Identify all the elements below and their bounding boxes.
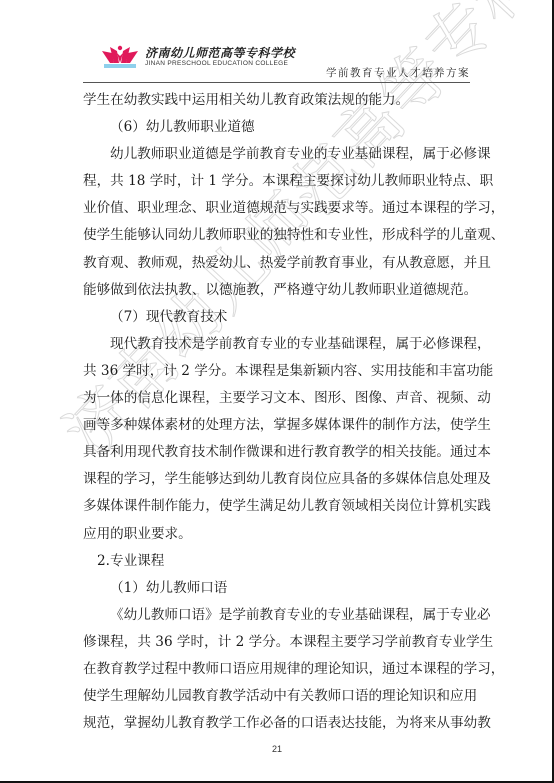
text-line: 使学生理解幼儿园教育教学活动中有关教师口语的理论知识和应用	[83, 683, 473, 710]
text-line: 在教育教学过程中教师口语应用规律的理论知识，通过本课程的学习，	[83, 656, 473, 683]
text-line: 多媒体课件制作能力，使学生满足幼儿教育领域相关岗位计算机实践	[83, 493, 473, 520]
text-line: 学生在幼教实践中运用相关幼儿教育政策法规的能力。	[83, 87, 473, 114]
header-divider	[83, 82, 470, 83]
text-line: 为一体的信息化课程，主要学习文本、图形、图像、声音、视频、动	[83, 385, 473, 412]
text-line: 现代教育技术是学前教育专业的专业基础课程，属于必修课程，	[83, 331, 473, 358]
page-header: 济南幼儿师范高等专科学校 JINAN PRESCHOOL EDUCATION C…	[83, 38, 470, 84]
section-heading-6: （6）幼儿教师职业道德	[83, 114, 473, 141]
text-line: 幼儿教师职业道德是学前教育专业的专业基础课程，属于必修课	[83, 141, 473, 168]
text-line: 规范，掌握幼儿教育教学工作必备的口语表达技能，为将来从事幼教	[83, 710, 473, 737]
text-line: 程，共 18 学时，计 1 学分。本课程主要探讨幼儿教师职业特点、职	[83, 168, 473, 195]
section-heading-7: （7）现代教育技术	[83, 304, 473, 331]
text-line: 应用的职业要求。	[83, 521, 473, 548]
page-number: 21	[0, 744, 554, 754]
text-line: 修课程，共 36 学时，计 2 学分。本课程主要学习学前教育专业学生	[83, 629, 473, 656]
text-line: 《幼儿教师口语》是学前教育专业的专业基础课程，属于专业必	[83, 602, 473, 629]
text-line: 具备利用现代教育技术制作微课和进行教育教学的相关技能。通过本	[83, 439, 473, 466]
section-heading-1: （1）幼儿教师口语	[83, 575, 473, 602]
text-line: 使学生能够认同幼儿教师职业的独特性和专业性，形成科学的儿童观、	[83, 222, 473, 249]
document-body: 学生在幼教实践中运用相关幼儿教育政策法规的能力。 （6）幼儿教师职业道德 幼儿教…	[83, 87, 473, 737]
text-line: 画等多种媒体素材的处理方法，掌握多媒体课件的制作方法，使学生	[83, 412, 473, 439]
text-line: 教育观、教师观，热爱幼儿、热爱学前教育事业，有从教意愿，并且	[83, 250, 473, 277]
text-line: 共 36 学时，计 2 学分。本课程是集新颖内容、实用技能和丰富功能	[83, 358, 473, 385]
text-line: 业价值、职业理念、职业道德规范与实践要求等。通过本课程的学习，	[83, 195, 473, 222]
text-line: 能够做到依法执教、以德施教，严格遵守幼儿教师职业道德规范。	[83, 277, 473, 304]
school-name-en: JINAN PRESCHOOL EDUCATION COLLEGE	[145, 60, 288, 67]
document-title: 学前教育专业人才培养方案	[326, 65, 470, 80]
text-line: 课程的学习，学生能够达到幼儿教育岗位应具备的多媒体信息处理及	[83, 466, 473, 493]
lotus-crown-logo-icon	[100, 43, 140, 71]
section-heading-2: 2.专业课程	[83, 548, 473, 575]
school-name-cn: 济南幼儿师范高等专科学校	[145, 44, 295, 61]
